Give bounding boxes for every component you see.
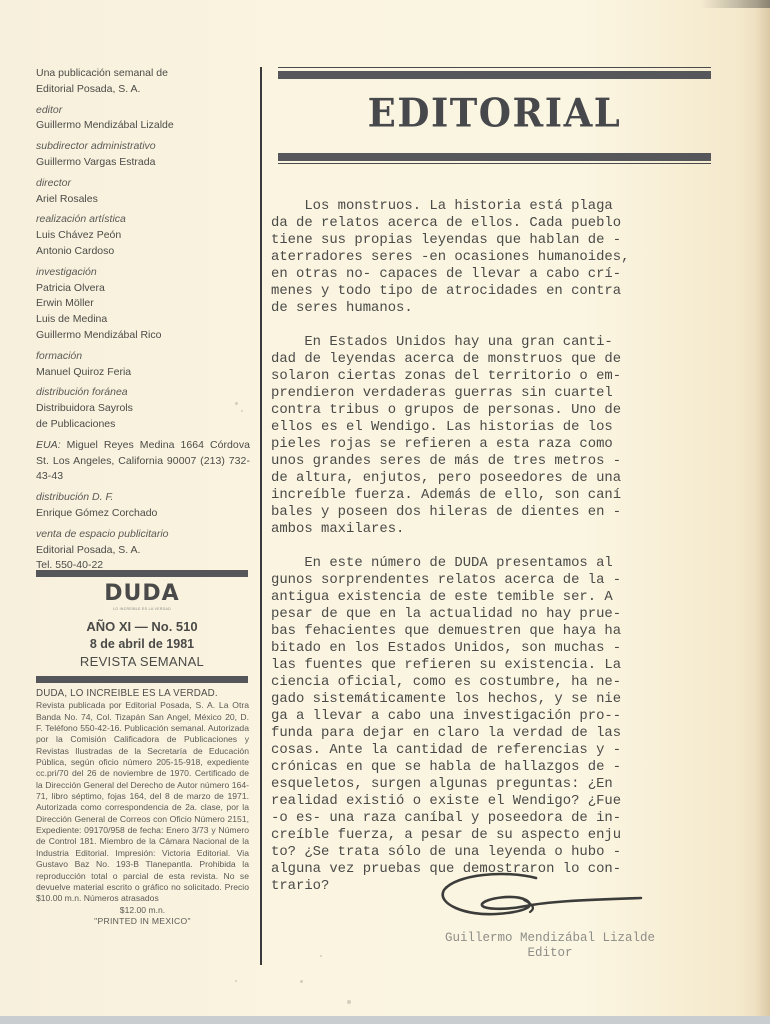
editorial-rule-thick-top [278,71,711,79]
text-line: solaron ciertas zonas del territorio o e… [271,368,691,385]
text-line: bitado en los Estados Unidos, son muchas… [271,640,691,657]
credits-list: editorGuillermo Mendizábal Lizaldesubdir… [36,103,250,433]
intro-line: Editorial Posada, S. A. [36,82,250,98]
editorial-body: Los monstruos. La historia está plagada … [271,198,691,912]
credit-name: Guillermo Mendizábal Rico [36,328,250,344]
signature-block: Guillermo Mendizábal Lizalde Editor [400,931,700,961]
credit-group: distribución foráneaDistribuidora Sayrol… [36,385,250,432]
text-line: tiene sus propias leyendas que hablan de… [271,232,691,249]
editorial-paragraph: En Estados Unidos hay una gran canti-dad… [271,334,691,538]
issue-number: AÑO XI — No. 510 [36,618,248,636]
duda-logo-tagline: LO INCREIBLE ES LA VERDAD [36,607,248,611]
credit-name: Guillermo Mendizábal Lizalde [36,118,250,134]
editorial-rule-thin-bottom [278,163,711,164]
credit-role: investigación [36,265,250,281]
text-line: Los monstruos. La historia está plaga [271,198,691,215]
signature-title: Editor [400,946,700,961]
credit-group: directorAriel Rosales [36,176,250,208]
editorial-rule-thin-top [278,67,711,68]
eua-address: Miguel Reyes Medina 1664 Córdova St. Los… [36,439,250,483]
credit-group: subdirector administrativoGuillermo Varg… [36,139,250,171]
credit-role: distribución foránea [36,385,250,401]
credit-group: investigaciónPatricia OlveraErwin Möller… [36,265,250,344]
text-line: En Estados Unidos hay una gran canti- [271,334,691,351]
credit-role: distribución D. F. [36,490,250,506]
credit-role: realización artística [36,212,250,228]
page-corner-shadow [700,0,770,8]
text-line: bales y poseen dos hileras de dientes en… [271,504,691,521]
text-line: ciencia oficial, como es costumbre, ha n… [271,674,691,691]
text-line: to? ¿Se trata sólo de una leyenda o hubo… [271,844,691,861]
text-line: crónicas en que se habla de hallazgos de… [271,759,691,776]
text-line: menes y todo tipo de atrocidades en cont… [271,283,691,300]
text-line: -o es- una raza caníbal y poseedora de i… [271,810,691,827]
duda-logo: DUDA [36,582,248,606]
text-line: en otras no- capaces de llevar a cabo cr… [271,266,691,283]
legal-headline: DUDA, LO INCREIBLE ES LA VERDAD. [36,688,249,699]
scan-speck [347,1000,351,1004]
credit-group: editorGuillermo Mendizábal Lizalde [36,103,250,135]
masthead-rule-top [36,570,248,577]
credit-name: Guillermo Vargas Estrada [36,155,250,171]
credit-name: Distribuidora Sayrols [36,401,250,417]
issue-info: AÑO XI — No. 510 8 de abril de 1981 REVI… [36,618,248,671]
credit-group: formaciónManuel Quiroz Feria [36,349,250,381]
text-line: esqueletos, surgen algunas preguntas: ¿E… [271,776,691,793]
text-line: realidad existió o existe el Wendigo? ¿F… [271,793,691,810]
signature-name: Guillermo Mendizábal Lizalde [400,931,700,946]
back-issue-price: $12.00 m.n. [36,905,249,916]
credit-name: Erwin Möller [36,296,250,312]
credit-role: formación [36,349,250,365]
publisher-intro: Una publicación semanal de Editorial Pos… [36,66,250,98]
credit-name: Enrique Gómez Corchado [36,506,250,522]
magazine-page: Una publicación semanal de Editorial Pos… [0,0,770,1016]
credit-role: editor [36,103,250,119]
text-line: da de relatos acerca de ellos. Cada pueb… [271,215,691,232]
credit-group: distribución D. F.Enrique Gómez Corchado [36,490,250,522]
eua-label: EUA: [36,439,61,451]
text-line: increíble fuerza. Además de ello, son ca… [271,487,691,504]
text-line: En este número de DUDA presentamos al [271,555,691,572]
credit-name: Luis de Medina [36,312,250,328]
masthead-rule-bottom [36,676,248,683]
text-line: ga a llevar a cabo una investigación pro… [271,708,691,725]
issue-type: REVISTA SEMANAL [36,653,248,671]
credit-role: venta de espacio publicitario [36,527,250,543]
credit-name: Ariel Rosales [36,192,250,208]
editorial-title: EDITORIAL [278,87,711,140]
credit-name: Editorial Posada, S. A. [36,543,250,559]
editorial-paragraph: En este número de DUDA presentamos algun… [271,555,691,895]
text-line: ambos maxilares. [271,521,691,538]
text-line: bas fehacientes que demuestren que haya … [271,623,691,640]
scan-speck [241,410,243,412]
credits-list-after: distribución D. F.Enrique Gómez Corchado… [36,490,250,574]
text-line: de altura, enjutos, pero poseedores de u… [271,470,691,487]
scan-speck [300,980,303,983]
intro-line: Una publicación semanal de [36,66,250,82]
text-line: funda para dejar en claro la verdad de l… [271,725,691,742]
text-line: creíble fuerza, a pesar de su aspecto en… [271,827,691,844]
issue-date: 8 de abril de 1981 [36,636,248,654]
credit-name: Antonio Cardoso [36,244,250,260]
legal-body: Revista publicada por Editorial Posada, … [36,700,249,904]
text-line: de seres humanos. [271,300,691,317]
text-line: contra tribus o grupos de personas. Uno … [271,402,691,419]
credit-name: Manuel Quiroz Feria [36,365,250,381]
printed-in-mexico: "PRINTED IN MEXICO" [36,916,249,927]
text-line: pesar de que en la actualidad no hay pru… [271,606,691,623]
scan-speck [235,980,237,982]
text-line: pieles rojas se refieren a esta raza com… [271,436,691,453]
legal-notice: DUDA, LO INCREIBLE ES LA VERDAD. Revista… [36,688,249,927]
column-divider [260,67,262,965]
credit-name: Patricia Olvera [36,281,250,297]
scan-speck [320,955,322,957]
scan-speck [235,402,238,405]
text-line: unos grandes seres de más de tres metros… [271,453,691,470]
text-line: cosas. Ante la cantidad de referencias y… [271,742,691,759]
credit-group: realización artísticaLuis Chávez PeónAnt… [36,212,250,259]
text-line: antigua existencia de este temible ser. … [271,589,691,606]
credit-role: subdirector administrativo [36,139,250,155]
signature-icon [436,866,646,926]
text-line: gado sistemáticamente los hechos, y se n… [271,691,691,708]
eua-distribution: EUA: Miguel Reyes Medina 1664 Córdova St… [36,438,250,485]
text-line: dad de leyendas acerca de monstruos que … [271,351,691,368]
credit-name: de Publicaciones [36,417,250,433]
credit-group: venta de espacio publicitarioEditorial P… [36,527,250,574]
text-line: aterradores seres -en ocasiones humanoid… [271,249,691,266]
credit-role: director [36,176,250,192]
text-line: las fuentes que refieren su existencia. … [271,657,691,674]
text-line: gunos sorprendentes relatos acerca de la… [271,572,691,589]
text-line: prendieron verdaderas guerras sin cuarte… [271,385,691,402]
page-edge-shadow [756,0,770,1016]
editorial-paragraph: Los monstruos. La historia está plagada … [271,198,691,317]
masthead-credits: Una publicación semanal de Editorial Pos… [36,66,250,579]
editorial-rule-thick-bottom [278,153,711,161]
credit-name: Luis Chávez Peón [36,228,250,244]
text-line: ellos es el Wendigo. Las historias de lo… [271,419,691,436]
